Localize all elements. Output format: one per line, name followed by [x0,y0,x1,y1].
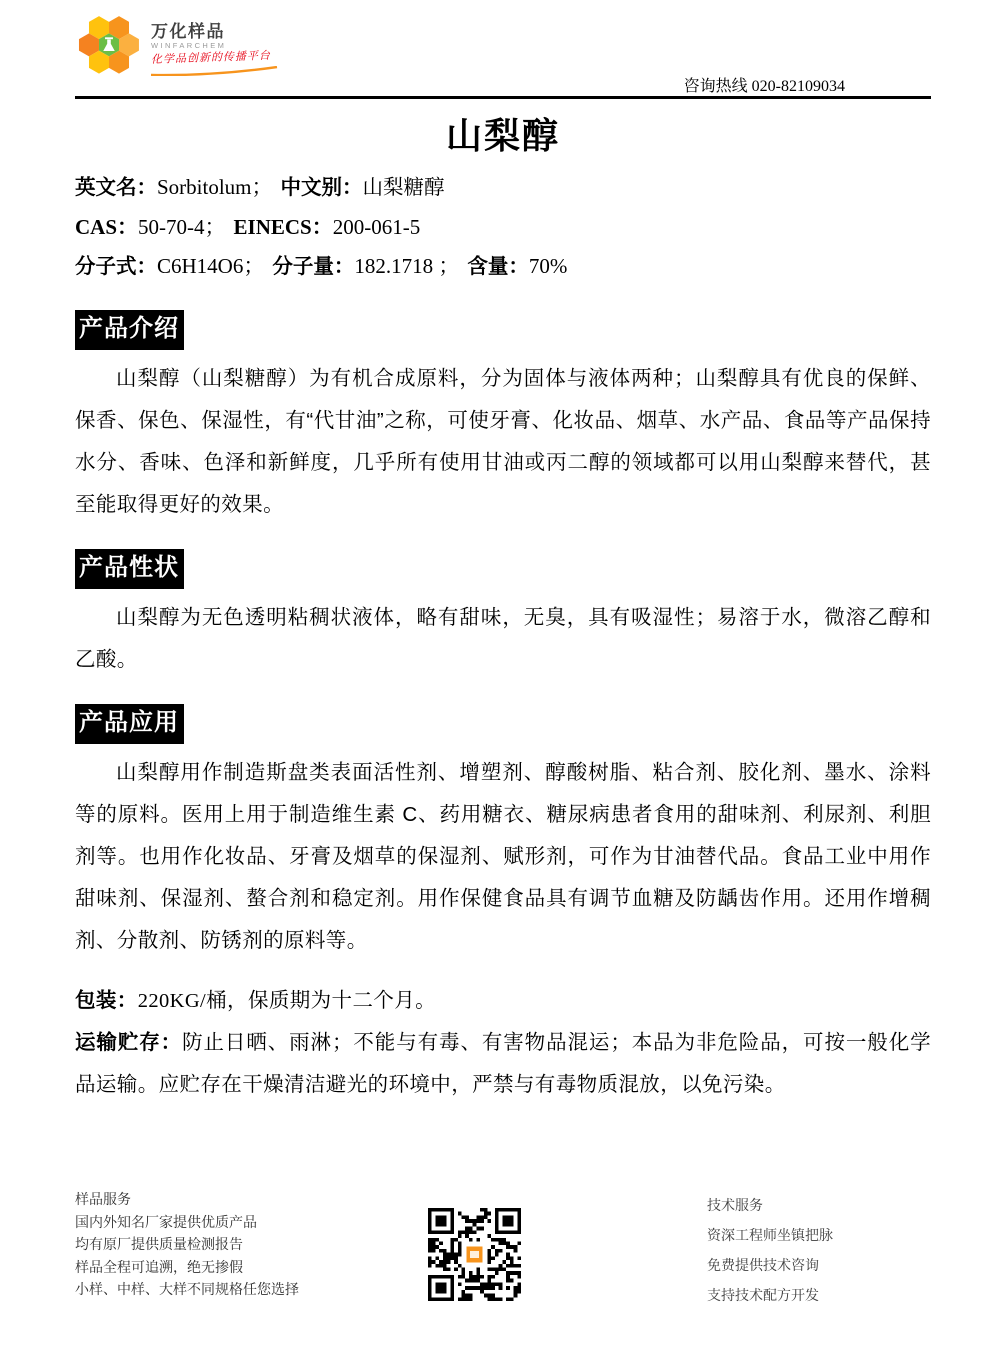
honeycomb-logo-icon [73,6,145,78]
page-footer: 样品服务 国内外知名厂家提供优质产品 均有原厂提供质量检测报告 样品全程可追溯，… [0,1188,983,1348]
einecs-label: EINECS： [234,215,333,239]
brand-name: 万化样品 [151,22,271,41]
product-info-block: 英文名：Sorbitolum；中文别：山梨糖醇 CAS：50-70-4；EINE… [75,168,931,287]
section-heading-product-properties: 产品性状 [75,549,184,589]
section-heading-product-intro: 产品介绍 [75,310,184,350]
sample-service-line: 小样、中样、大样不同规格任您选择 [75,1278,299,1301]
section-body-product-properties: 山梨醇为无色透明粘稠状液体，略有甜味，无臭，具有吸湿性；易溶于水，微溶乙醇和乙酸… [75,597,931,681]
formula-value: C6H14O6； [157,254,264,278]
content-label: 含量： [467,255,529,278]
section-body-product-intro: 山梨醇（山梨糖醇）为有机合成原料，分为固体与液体两种；山梨醇具有优良的保鲜、保香… [75,358,931,526]
english-name-label: 英文名： [75,176,157,199]
section-product-properties: 产品性状 山梨醇为无色透明粘稠状液体，略有甜味，无臭，具有吸湿性；易溶于水，微溶… [75,549,931,681]
shipping-storage-label: 运输贮存： [75,1031,182,1054]
info-row-registry: CAS：50-70-4；EINECS：200-061-5 [75,208,931,248]
einecs-value: 200-061-5 [333,215,421,239]
sample-service-title: 样品服务 [75,1188,299,1211]
section-body-product-applications: 山梨醇用作制造斯盘类表面活性剂、增塑剂、醇酸树脂、粘合剂、胶化剂、墨水、涂料等的… [75,752,931,962]
info-row-formula: 分子式：C6H14O6；分子量：182.1718 ；含量：70% [75,247,931,287]
section-product-applications: 产品应用 山梨醇用作制造斯盘类表面活性剂、增塑剂、醇酸树脂、粘合剂、胶化剂、墨水… [75,704,931,962]
english-name-value: Sorbitolum； [157,175,273,199]
hotline-text: 咨询热线 020-82109034 [684,73,845,96]
shipping-storage-text: 防止日晒、雨淋；不能与有毒、有害物品混运；本品为非危险品，可按一般化学品运输。应… [75,1031,931,1096]
chinese-alias-value: 山梨糖醇 [363,176,445,199]
tech-service-title: 技术服务 [707,1192,833,1222]
tech-service-line: 资深工程师坐镇把脉 [707,1222,833,1252]
shipping-storage-line: 运输贮存：防止日晒、雨淋；不能与有毒、有害物品混运；本品为非危险品，可按一般化学… [75,1022,931,1106]
sample-service-line: 均有原厂提供质量检测报告 [75,1233,299,1256]
section-heading-product-applications: 产品应用 [75,704,184,744]
molecular-weight-label: 分子量： [272,255,354,278]
info-row-names: 英文名：Sorbitolum；中文别：山梨糖醇 [75,168,931,208]
cas-label: CAS： [75,215,138,239]
molecular-weight-value: 182.1718 ； [354,254,459,278]
packaging-line: 包装：220KG/桶，保质期为十二个月。 [75,980,931,1022]
qr-code [428,1208,521,1301]
tech-service-line: 支持技术配方开发 [707,1282,833,1312]
sample-service-column: 样品服务 国内外知名厂家提供优质产品 均有原厂提供质量检测报告 样品全程可追溯，… [75,1188,299,1301]
section-product-intro: 产品介绍 山梨醇（山梨糖醇）为有机合成原料，分为固体与液体两种；山梨醇具有优良的… [75,310,931,526]
formula-label: 分子式： [75,255,157,278]
brand-text-block: 万化样品 WINFARCHEM 化学品创新的传播平台 [151,22,271,67]
page-header: 万化样品 WINFARCHEM 化学品创新的传播平台 咨询热线 020-8210… [0,0,983,99]
header-divider [75,96,931,99]
brand-tagline: 化学品创新的传播平台 [151,49,271,67]
sample-service-line: 国内外知名厂家提供优质产品 [75,1211,299,1234]
packaging-label: 包装： [75,989,138,1012]
cas-value: 50-70-4； [138,215,226,239]
packaging-text: 220KG/桶，保质期为十二个月。 [138,990,436,1012]
logistics-block: 包装：220KG/桶，保质期为十二个月。 运输贮存：防止日晒、雨淋；不能与有毒、… [75,980,931,1106]
main-content: 山梨醇 英文名：Sorbitolum；中文别：山梨糖醇 CAS：50-70-4；… [75,108,931,1106]
datasheet-page: { "brand": { "name_cn": "万化样品", "name_en… [0,0,983,1351]
tech-service-line: 免费提供技术咨询 [707,1252,833,1282]
tech-service-column: 技术服务 资深工程师坐镇把脉 免费提供技术咨询 支持技术配方开发 [707,1192,833,1312]
chinese-alias-label: 中文别： [281,176,363,199]
sample-service-line: 样品全程可追溯，绝无掺假 [75,1256,299,1279]
page-title: 山梨醇 [75,112,931,160]
tagline-swoosh-icon [149,66,279,76]
content-value: 70% [529,254,568,278]
brand-logo: 万化样品 WINFARCHEM 化学品创新的传播平台 [73,6,271,78]
